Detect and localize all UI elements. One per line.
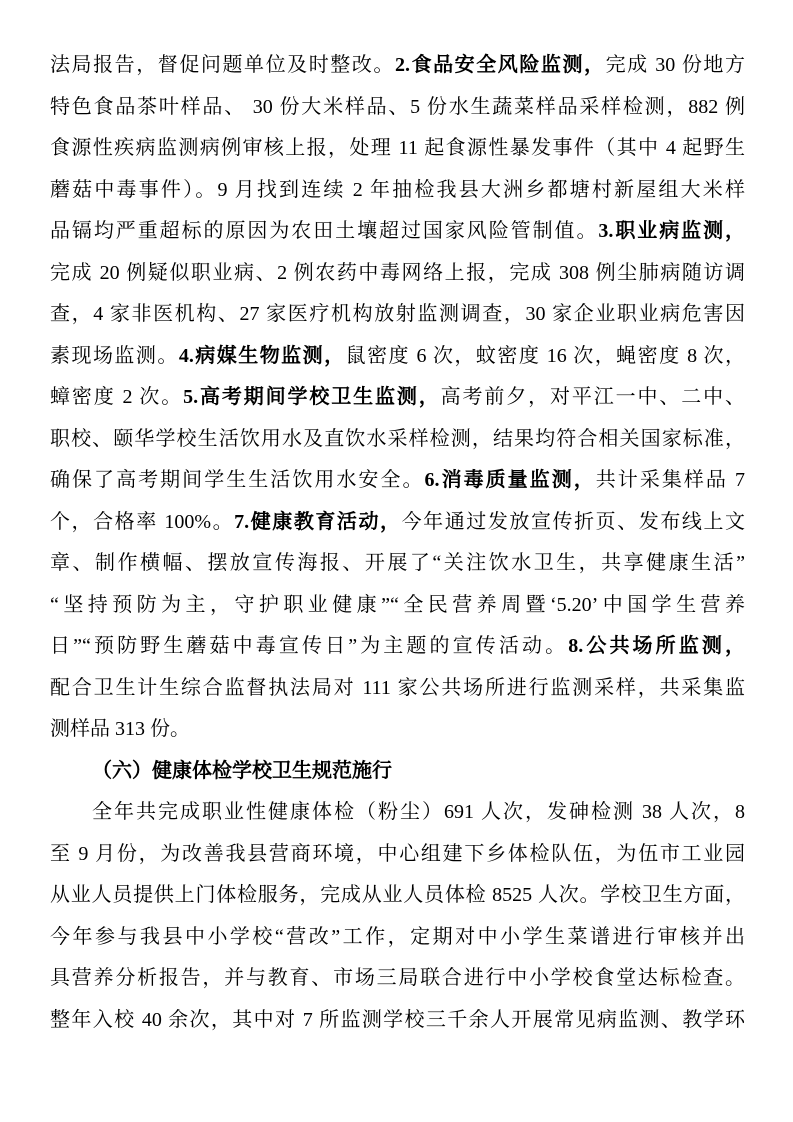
text-line: 日”“预防野生蘑菇中毒宣传日”为主题的宣传活动。8.公共场所监测，	[50, 626, 745, 668]
text-line: 章、制作横幅、摆放宣传海报、开展了“关注饮水卫生，共享健康生活”	[50, 543, 745, 585]
document-page: 法局报告，督促问题单位及时整改。2.食品安全风险监测，完成 30 份地方特色食品…	[0, 0, 793, 1122]
text-run: “坚持预防为主，守护职业健康”“全民营养周暨‘5.20’中国学生营养	[50, 594, 745, 616]
text-line: 具营养分析报告，并与教育、市场三局联合进行中小学校食堂达标检查。	[50, 958, 745, 1000]
bold-run: 4.病媒生物监测，	[179, 345, 346, 367]
text-run: 共计采集样品 7	[596, 469, 745, 491]
text-line: “坚持预防为主，守护职业健康”“全民营养周暨‘5.20’中国学生营养	[50, 585, 745, 627]
text-run: 查，4 家非医机构、27 家医疗机构放射监测调查，30 家企业职业病危害因	[50, 303, 745, 325]
text-run: 测样品 313 份。	[50, 718, 190, 740]
text-run: 至 9 月份，为改善我县营商环境，中心组建下乡体检队伍，为伍市工业园	[50, 843, 745, 865]
text-run: 个，合格率 100%。	[50, 511, 234, 533]
text-run: 今年通过发放宣传折页、发布线上文	[402, 511, 745, 533]
text-run: 从业人员提供上门体检服务，完成从业人员体检 8525 人次。学校卫生方面，	[50, 884, 745, 906]
text-line: 测样品 313 份。	[50, 709, 745, 751]
text-run: 职校、颐华学校生活饮用水及直饮水采样检测，结果均符合相关国家标准，	[50, 428, 745, 450]
text-line: 品镉均严重超标的原因为农田土壤超过国家风险管制值。3.职业病监测，	[50, 211, 745, 253]
text-run: 鼠密度 6 次，蚊密度 16 次，蝇密度 8 次，	[346, 345, 745, 367]
text-line: 至 9 月份，为改善我县营商环境，中心组建下乡体检队伍，为伍市工业园	[50, 834, 745, 876]
text-line: 职校、颐华学校生活饮用水及直饮水采样检测，结果均符合相关国家标准，	[50, 419, 745, 461]
text-line: 食源性疾病监测病例审核上报，处理 11 起食源性暴发事件（其中 4 起野生	[50, 128, 745, 170]
text-run: 确保了高考期间学生生活饮用水安全。	[50, 469, 425, 491]
text-line: 整年入校 40 余次，其中对 7 所监测学校三千余人开展常见病监测、教学环	[50, 1000, 745, 1042]
text-line: 确保了高考期间学生生活饮用水安全。6.消毒质量监测，共计采集样品 7	[50, 460, 745, 502]
bold-run: 6.消毒质量监测，	[425, 469, 596, 491]
text-line: 个，合格率 100%。7.健康教育活动，今年通过发放宣传折页、发布线上文	[50, 502, 745, 544]
text-line: 全年共完成职业性健康体检（粉尘）691 人次，发砷检测 38 人次，8	[50, 792, 745, 834]
text-run: 整年入校 40 余次，其中对 7 所监测学校三千余人开展常见病监测、教学环	[50, 1009, 745, 1031]
text-line: 今年参与我县中小学校“营改”工作，定期对中小学生菜谱进行审核并出	[50, 917, 745, 959]
text-run: 品镉均严重超标的原因为农田土壤超过国家风险管制值。	[50, 220, 598, 242]
text-run: 蟑密度 2 次。	[50, 386, 183, 408]
text-line: 蟑密度 2 次。5.高考期间学校卫生监测，高考前夕，对平江一中、二中、	[50, 377, 745, 419]
text-run: 配合卫生计生综合监督执法局对 111 家公共场所进行监测采样，共采集监	[50, 677, 745, 699]
bold-run: 2.食品安全风险监测，	[395, 54, 606, 76]
bold-run: （六）健康体检学校卫生规范施行	[92, 760, 392, 782]
document-content: 法局报告，督促问题单位及时整改。2.食品安全风险监测，完成 30 份地方特色食品…	[50, 45, 745, 1041]
section-heading: （六）健康体检学校卫生规范施行	[50, 751, 745, 793]
text-line: 素现场监测。4.病媒生物监测，鼠密度 6 次，蚊密度 16 次，蝇密度 8 次，	[50, 336, 745, 378]
text-line: 法局报告，督促问题单位及时整改。2.食品安全风险监测，完成 30 份地方	[50, 45, 745, 87]
text-run: 完成 20 例疑似职业病、2 例农药中毒网络上报，完成 308 例尘肺病随访调	[50, 262, 745, 284]
text-run: 素现场监测。	[50, 345, 179, 367]
bold-run: 7.健康教育活动，	[234, 511, 401, 533]
bold-run: 8.公共场所监测，	[568, 635, 745, 657]
text-run: 全年共完成职业性健康体检（粉尘）691 人次，发砷检测 38 人次，8	[92, 801, 745, 823]
text-line: 蘑菇中毒事件）。9 月找到连续 2 年抽检我县大洲乡都塘村新屋组大米样	[50, 170, 745, 212]
text-line: 从业人员提供上门体检服务，完成从业人员体检 8525 人次。学校卫生方面，	[50, 875, 745, 917]
text-run: 日”“预防野生蘑菇中毒宣传日”为主题的宣传活动。	[50, 635, 568, 657]
text-run: 章、制作横幅、摆放宣传海报、开展了“关注饮水卫生，共享健康生活”	[50, 552, 745, 574]
text-run: 法局报告，督促问题单位及时整改。	[50, 54, 395, 76]
text-line: 配合卫生计生综合监督执法局对 111 家公共场所进行监测采样，共采集监	[50, 668, 745, 710]
text-line: 特色食品茶叶样品、 30 份大米样品、5 份水生蔬菜样品采样检测，882 例	[50, 87, 745, 129]
text-line: 查，4 家非医机构、27 家医疗机构放射监测调查，30 家企业职业病危害因	[50, 294, 745, 336]
text-run: 高考前夕，对平江一中、二中、	[441, 386, 745, 408]
text-run: 完成 30 份地方	[606, 54, 745, 76]
text-run: 特色食品茶叶样品、 30 份大米样品、5 份水生蔬菜样品采样检测，882 例	[50, 96, 745, 118]
text-run: 食源性疾病监测病例审核上报，处理 11 起食源性暴发事件（其中 4 起野生	[50, 137, 745, 159]
bold-run: 5.高考期间学校卫生监测，	[183, 386, 441, 408]
text-line: 完成 20 例疑似职业病、2 例农药中毒网络上报，完成 308 例尘肺病随访调	[50, 253, 745, 295]
text-run: 今年参与我县中小学校“营改”工作，定期对中小学生菜谱进行审核并出	[50, 926, 745, 948]
bold-run: 3.职业病监测，	[598, 220, 745, 242]
text-run: 具营养分析报告，并与教育、市场三局联合进行中小学校食堂达标检查。	[50, 967, 745, 989]
text-run: 蘑菇中毒事件）。9 月找到连续 2 年抽检我县大洲乡都塘村新屋组大米样	[50, 179, 745, 201]
